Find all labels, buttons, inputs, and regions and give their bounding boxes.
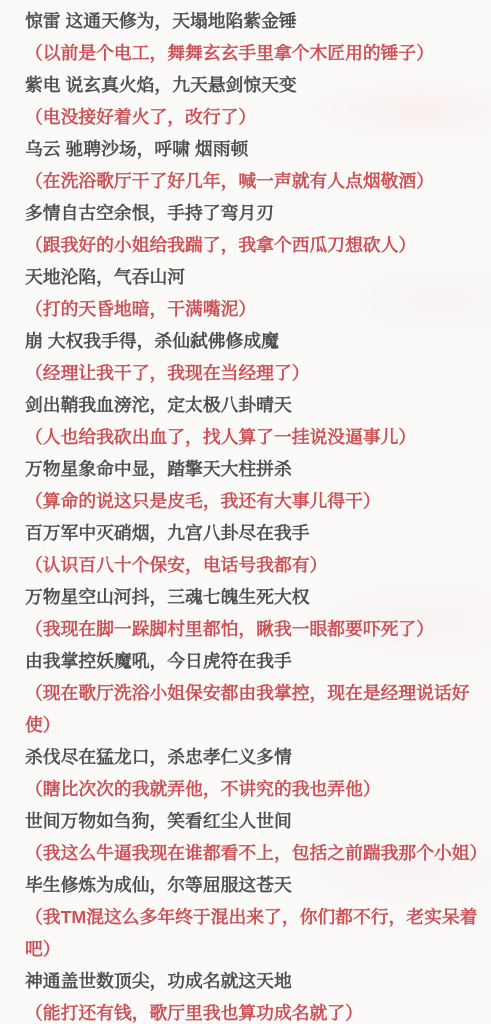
lyric-line: 神通盖世数顶尖，功成名就这天地 — [25, 965, 487, 997]
lyric-line: 万物星象命中显，踏擎天大柱拼杀 — [25, 453, 487, 485]
annotation-line: （电没接好着火了，改行了） — [25, 101, 487, 133]
annotation-line: （认识百八十个保安，电话号我都有） — [25, 549, 487, 581]
lyric-line: 乌云 驰聘沙场，呼啸 烟雨顿 — [25, 133, 487, 165]
annotation-line: （打的天昏地暗，干满嘴泥） — [25, 293, 487, 325]
lyric-line: 百万军中灭硝烟，九宫八卦尽在我手 — [25, 517, 487, 549]
lyric-line: 由我掌控妖魔吼，今日虎符在我手 — [25, 645, 487, 677]
lyric-line: 剑出鞘我血滂沱，定太极八卦晴天 — [25, 389, 487, 421]
lyric-line: 杀伐尽在猛龙口，杀忠孝仁义多情 — [25, 741, 487, 773]
annotation-line: （人也给我砍出血了，找人算了一挂说没逼事儿） — [25, 421, 487, 453]
lyric-line: 崩 大权我手得，杀仙弑佛修成魔 — [25, 325, 487, 357]
annotation-line: （算命的说这只是皮毛，我还有大事儿得干） — [25, 485, 487, 517]
annotation-line: （能打还有钱，歌厅里我也算功成名就了） — [25, 997, 487, 1024]
lyric-line: 世间万物如刍狗，笑看红尘人世间 — [25, 805, 487, 837]
lyrics-list: 惊雷 这通天修为，天塌地陷紫金锤（以前是个电工，舞舞玄玄手里拿个木匠用的锤子）紫… — [0, 0, 491, 1024]
lyric-line: 毕生修炼为成仙，尔等屈服这苍天 — [25, 869, 487, 901]
lyric-line: 天地沦陷，气吞山河 — [25, 261, 487, 293]
lyric-line: 惊雷 这通天修为，天塌地陷紫金锤 — [25, 5, 487, 37]
lyric-line: 多情自古空余恨，手持了弯月刃 — [25, 197, 487, 229]
annotation-line: （跟我好的小姐给我踹了，我拿个西瓜刀想砍人） — [25, 229, 487, 261]
annotation-line: （我TM混这么多年终于混出来了，你们都不行，老实呆着吧） — [25, 901, 487, 965]
annotation-line: （瞎比次次的我就弄他，不讲究的我也弄他） — [25, 773, 487, 805]
annotation-line: （现在歌厅洗浴小姐保安都由我掌控，现在是经理说话好使） — [25, 677, 487, 741]
lyrics-text-image: 惊雷 这通天修为，天塌地陷紫金锤（以前是个电工，舞舞玄玄手里拿个木匠用的锤子）紫… — [0, 0, 491, 1024]
annotation-line: （经理让我干了，我现在当经理了） — [25, 357, 487, 389]
annotation-line: （在洗浴歌厅干了好几年，喊一声就有人点烟敬酒） — [25, 165, 487, 197]
lyric-line: 万物星空山河抖，三魂七魄生死大权 — [25, 581, 487, 613]
annotation-line: （我这么牛逼我现在谁都看不上，包括之前踹我那个小姐） — [25, 837, 487, 869]
lyric-line: 紫电 说玄真火焰，九天悬剑惊天变 — [25, 69, 487, 101]
annotation-line: （以前是个电工，舞舞玄玄手里拿个木匠用的锤子） — [25, 37, 487, 69]
annotation-line: （我现在脚一跺脚村里都怕，瞅我一眼都要吓死了） — [25, 613, 487, 645]
